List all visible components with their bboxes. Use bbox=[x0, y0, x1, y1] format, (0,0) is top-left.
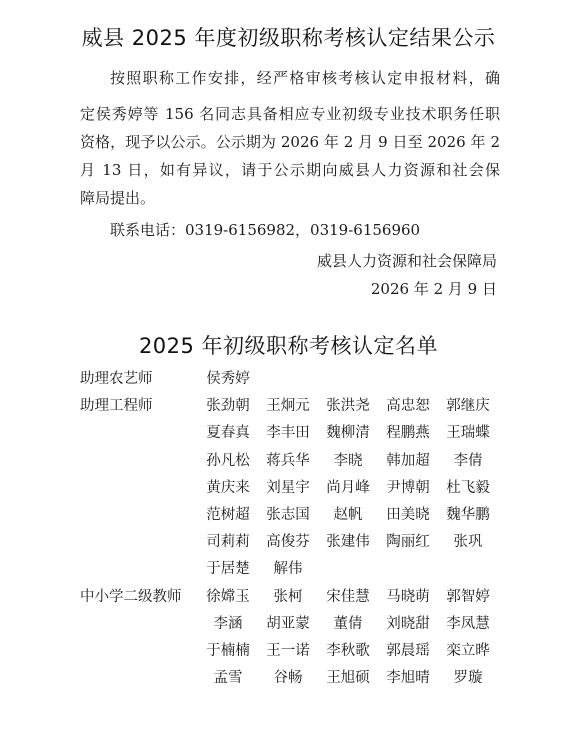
person-name: 高俊芬 bbox=[258, 530, 318, 551]
person-name: 马晓萌 bbox=[378, 585, 438, 606]
person-name: 刘晓甜 bbox=[378, 612, 438, 633]
person-name: 郭智婷 bbox=[438, 585, 498, 606]
person-name: 黄庆来 bbox=[198, 476, 258, 497]
person-name: 解伟 bbox=[258, 557, 318, 578]
signature-organization: 威县人力资源和社会保障局 bbox=[317, 250, 497, 271]
paragraph-line: 月 13 日，如有异议，请于公示期向威县人力资源和社会保 bbox=[80, 160, 500, 180]
person-name: 李丰田 bbox=[258, 421, 318, 442]
person-name: 王炯元 bbox=[258, 394, 318, 415]
person-name: 张巩 bbox=[438, 530, 498, 551]
person-name: 尚月峰 bbox=[318, 476, 378, 497]
person-name: 张洪尧 bbox=[318, 394, 378, 415]
person-name: 张劲朝 bbox=[198, 394, 258, 415]
contact-phone: 联系电话：0319-6156982，0319-6156960 bbox=[110, 219, 420, 240]
person-name: 于楠楠 bbox=[198, 639, 258, 660]
person-name: 高忠恕 bbox=[378, 394, 438, 415]
person-name: 李旭晴 bbox=[378, 666, 438, 687]
person-name: 董倩 bbox=[318, 612, 378, 633]
person-name: 司莉莉 bbox=[198, 530, 258, 551]
person-name: 张柯 bbox=[258, 585, 318, 606]
person-name: 魏柳清 bbox=[318, 421, 378, 442]
person-name: 杜飞毅 bbox=[438, 476, 498, 497]
person-name: 刘星宇 bbox=[258, 476, 318, 497]
person-name: 宋佳慧 bbox=[318, 585, 378, 606]
list-title: 2025 年初级职称考核认定名单 bbox=[0, 330, 577, 360]
paragraph-line: 定侯秀婷等 156 名同志具备相应专业初级专业技术职务任职 bbox=[80, 104, 500, 124]
person-name: 田美晓 bbox=[378, 503, 438, 524]
person-name: 王旭硕 bbox=[318, 666, 378, 687]
person-name: 李凤慧 bbox=[438, 612, 498, 633]
person-name: 郭晨瑶 bbox=[378, 639, 438, 660]
person-name: 栾立晔 bbox=[438, 639, 498, 660]
person-name: 李晓 bbox=[318, 449, 378, 470]
person-name: 侯秀婷 bbox=[198, 367, 258, 388]
document-page: 威县 2025 年度初级职称考核认定结果公示 按照职称工作安排，经严格审核考核认… bbox=[0, 0, 577, 735]
person-name: 程鹏燕 bbox=[378, 421, 438, 442]
person-name: 张建伟 bbox=[318, 530, 378, 551]
person-name: 孟雪 bbox=[198, 666, 258, 687]
person-name: 于居楚 bbox=[198, 557, 258, 578]
paragraph-line: 按照职称工作安排，经严格审核考核认定申报材料，确 bbox=[110, 68, 500, 88]
paragraph-line: 资格，现予以公示。公示期为 2026 年 2 月 9 日至 2026 年 2 bbox=[80, 132, 500, 152]
person-name: 夏春真 bbox=[198, 421, 258, 442]
person-name: 罗璇 bbox=[438, 666, 498, 687]
person-name: 谷畅 bbox=[258, 666, 318, 687]
person-name: 魏华鹏 bbox=[438, 503, 498, 524]
person-name: 范树超 bbox=[198, 503, 258, 524]
person-name: 陶丽红 bbox=[378, 530, 438, 551]
person-name: 尹博朝 bbox=[378, 476, 438, 497]
person-name: 胡亚蒙 bbox=[258, 612, 318, 633]
person-name: 徐嫦玉 bbox=[198, 585, 258, 606]
person-name: 韩加超 bbox=[378, 449, 438, 470]
person-name: 赵帆 bbox=[318, 503, 378, 524]
signature-date: 2026 年 2 月 9 日 bbox=[371, 278, 497, 299]
category-label: 助理农艺师 bbox=[80, 367, 200, 388]
paragraph-line: 障局提出。 bbox=[80, 188, 500, 208]
person-name: 李秋歌 bbox=[318, 639, 378, 660]
person-name: 张志国 bbox=[258, 503, 318, 524]
person-name: 李倩 bbox=[438, 449, 498, 470]
category-label: 中小学二级教师 bbox=[80, 585, 200, 606]
document-title: 威县 2025 年度初级职称考核认定结果公示 bbox=[0, 22, 577, 52]
person-name: 李涵 bbox=[198, 612, 258, 633]
person-name: 王一诺 bbox=[258, 639, 318, 660]
category-label: 助理工程师 bbox=[80, 394, 200, 415]
person-name: 蒋兵华 bbox=[258, 449, 318, 470]
person-name: 孙凡松 bbox=[198, 449, 258, 470]
person-name: 郭继庆 bbox=[438, 394, 498, 415]
person-name: 王瑞蝶 bbox=[438, 421, 498, 442]
